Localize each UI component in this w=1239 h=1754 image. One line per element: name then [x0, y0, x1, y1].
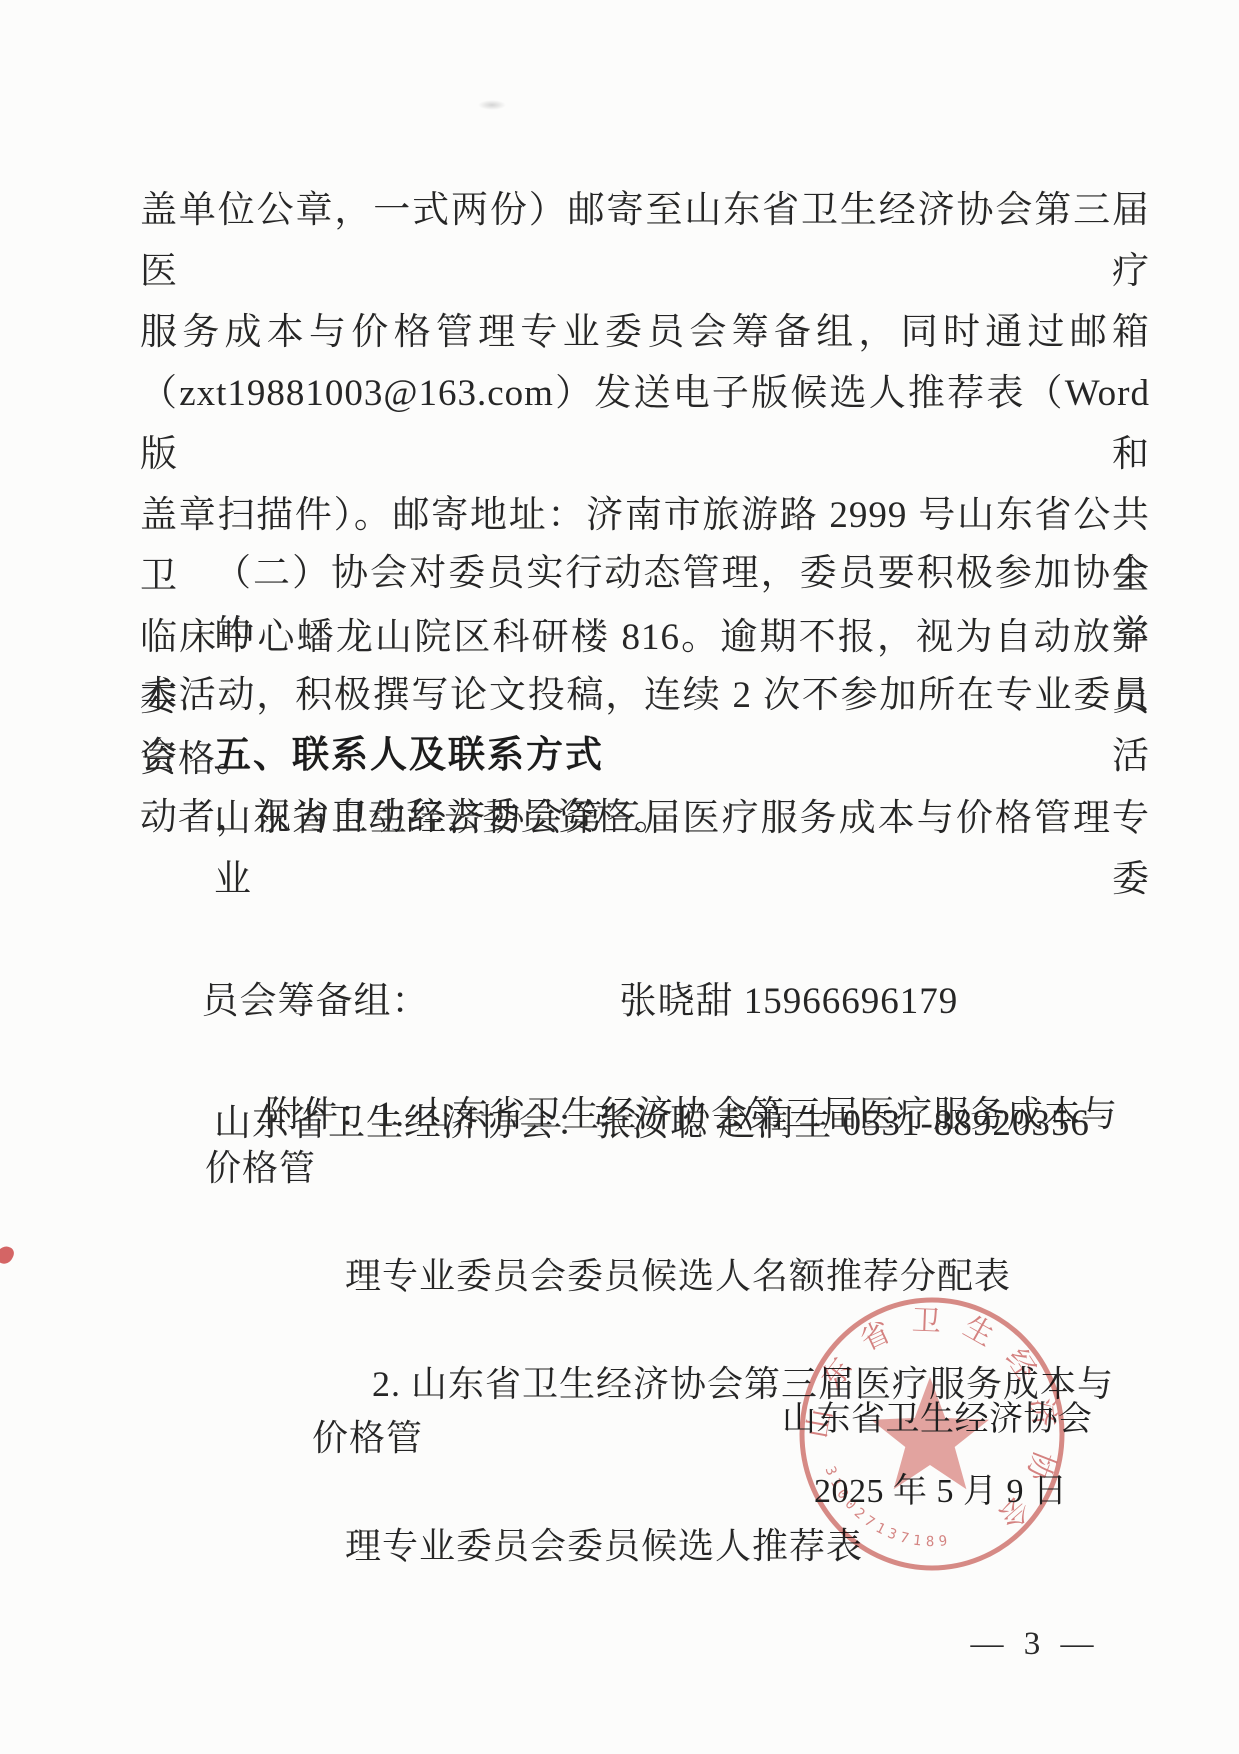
contact-line-label: 员会筹备组：: [202, 981, 430, 1022]
scan-smudge-mark: [478, 100, 506, 110]
body-line: （zxt19881003@163.com）发送电子版候选人推荐表（Word 版和: [140, 363, 1150, 485]
attachment-item: 附件：1. 山东省卫生经济协会第三届医疗服务成本与价格管: [140, 1033, 1150, 1249]
body-line: 盖单位公章，一式两份）邮寄至山东省卫生经济协会第三届医疗: [140, 180, 1150, 302]
section-five: 五、联系人及联系方式: [140, 724, 1150, 785]
attachments-label: 附件：: [265, 1094, 376, 1134]
contact-person-phone: 张晓甜 15966696179: [620, 981, 959, 1022]
attachment-number: 2.: [372, 1364, 411, 1404]
signature-organization: 山东省卫生经济协会: [782, 1398, 1093, 1442]
page-number: — 3 —: [960, 1626, 1110, 1663]
signature-date: 2025 年 5 月 9 日: [814, 1470, 1068, 1514]
section-heading: 五、联系人及联系方式: [140, 724, 1150, 785]
red-ink-speck: [0, 1243, 16, 1266]
body-line: （二）协会对委员实行动态管理，委员要积极参加协会的学: [140, 543, 1150, 665]
scanned-document-page: 盖单位公章，一式两份）邮寄至山东省卫生经济协会第三届医疗 服务成本与价格管理专业…: [0, 0, 1239, 1754]
body-line: 服务成本与价格管理专业委员会筹备组，同时通过邮箱: [140, 302, 1150, 363]
contact-line: 山东省卫生经济协会第三届医疗服务成本与价格管理专业委: [140, 788, 1150, 910]
attachment-number: 1.: [376, 1094, 415, 1134]
